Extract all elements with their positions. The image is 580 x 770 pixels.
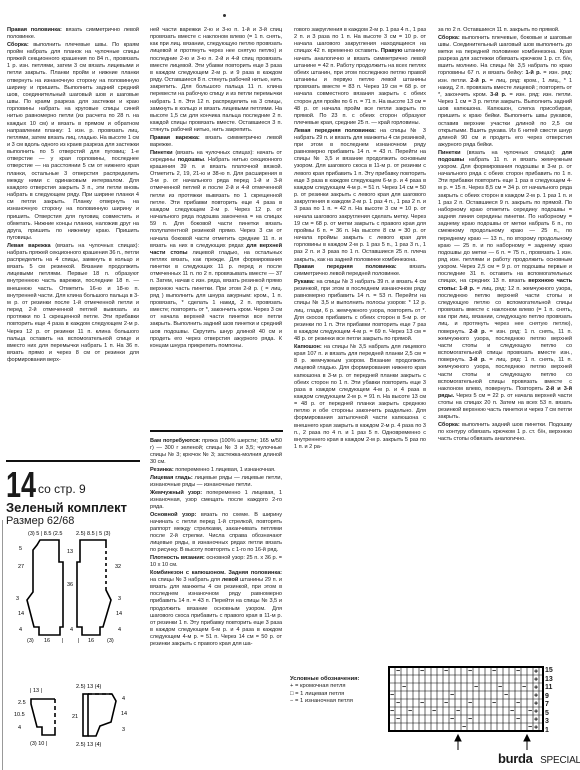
svg-text:36: 36	[67, 582, 73, 588]
svg-text:4: 4	[118, 627, 121, 633]
svg-text:16: 16	[88, 638, 94, 644]
repeat-arrows	[455, 735, 530, 750]
column-4: за по 2 п. Оставшиеся 11 п. закрыть по п…	[438, 27, 572, 444]
paragraph: Правая передняя половинка: вязать симмет…	[294, 264, 426, 278]
paragraph: Правая половинка: вязать симметрично лев…	[7, 27, 139, 41]
svg-text:4: 4	[122, 696, 125, 702]
section-header: 14 со стр. 9	[6, 468, 46, 502]
paragraph: Сборка: выполнить плечевые, боковые и ша…	[438, 35, 572, 150]
svg-text:−: −	[522, 684, 526, 691]
paragraph: Резинка: попеременно 1 лицевая, 1 изнано…	[150, 467, 282, 474]
paragraph: гового закругления в каждом 2-м р. 1 раз…	[294, 27, 426, 127]
svg-text:−: −	[396, 700, 400, 707]
svg-text:2.5) 13 (4): 2.5) 13 (4)	[76, 742, 102, 748]
svg-text:5: 5	[19, 546, 22, 552]
section-number: 14	[6, 468, 36, 502]
edition-label: SPECIAL	[540, 755, 580, 766]
knitting-chart: ++++++++ −−−−−− −−−− −−− −−−−−− −−−−−− −…	[387, 665, 545, 755]
svg-text:−: −	[528, 724, 532, 731]
legend-item: □ = 1 лицевая петля	[290, 691, 359, 698]
svg-text:−: −	[402, 684, 406, 691]
svg-text:(3): (3)	[107, 638, 114, 644]
svg-text:−: −	[408, 708, 412, 715]
svg-text:−: −	[456, 708, 460, 715]
section-title: Зеленый комплект	[6, 500, 127, 515]
column-2-materials: Вам потребуются: пряжа (100% шерсти; 165…	[150, 438, 282, 649]
svg-text:4: 4	[18, 725, 21, 731]
svg-text:−: −	[468, 716, 472, 723]
svg-text:2.5: 2.5	[18, 700, 26, 706]
svg-text:(3): (3)	[27, 638, 34, 644]
legend-item: − = 1 изнаночная петля	[290, 698, 359, 705]
svg-text:| 13 |: | 13 |	[30, 688, 42, 694]
svg-text:−: −	[432, 708, 436, 715]
svg-text:+: +	[534, 725, 538, 732]
pattern-diagram: (3) 5 | 8.5 (2.5 2.5) 8.5 | 5 (3) 5 27 3…	[0, 520, 145, 770]
svg-text:−: −	[516, 716, 520, 723]
paragraph: Левая варежка (вязать на чулочных спицах…	[7, 243, 139, 365]
svg-text:32: 32	[115, 564, 121, 570]
page-footer: burda SPECIAL 31	[498, 750, 580, 768]
svg-text:3: 3	[118, 596, 121, 602]
svg-text:−: −	[444, 668, 448, 675]
svg-text:2.5) 13 (4): 2.5) 13 (4)	[76, 684, 102, 690]
svg-text:−: −	[450, 692, 454, 699]
svg-text:3: 3	[122, 727, 125, 733]
column-1: Правая половинка: вязать симметрично лев…	[7, 27, 139, 365]
svg-text:−: −	[468, 700, 472, 707]
svg-text:+: +	[534, 685, 538, 692]
paragraph: ней части варежки 2-ю и 3-ю п. 1-й и 3-й…	[150, 27, 282, 134]
svg-text:2.5) 8.5 | 5 (3): 2.5) 8.5 | 5 (3)	[76, 531, 111, 537]
column-2: ней части варежки 2-ю и 3-ю п. 1-й и 3-й…	[150, 27, 282, 351]
legend-item: + = кромочная петля	[290, 683, 359, 690]
svg-text:−: −	[474, 684, 478, 691]
brand-logo: burda	[498, 751, 533, 766]
svg-text:3: 3	[16, 596, 19, 602]
paragraph: Пинетки (вязать на чулочных спицах): для…	[438, 150, 572, 422]
paragraph: Левая передняя половинка: на спицы № 3 н…	[294, 128, 426, 264]
paragraph: Сборка: выполнить плечевые швы. По краям…	[7, 42, 139, 242]
svg-text:|: |	[62, 638, 63, 644]
svg-text:(3) 5 | 8.5 (2.5: (3) 5 | 8.5 (2.5	[28, 531, 62, 537]
svg-text:4: 4	[19, 627, 22, 633]
svg-text:−: −	[516, 668, 520, 675]
paragraph: Рукава: на спицы № 3 набрать 39 п. и вяз…	[294, 279, 426, 343]
svg-text:|: |	[78, 638, 79, 644]
svg-text:−: −	[444, 700, 448, 707]
svg-text:−: −	[396, 716, 400, 723]
hood-shape	[83, 694, 116, 736]
svg-text:−: −	[462, 724, 466, 731]
svg-text:14: 14	[18, 611, 24, 617]
svg-text:13: 13	[67, 549, 73, 555]
legend-title: Условные обозначения:	[290, 676, 359, 683]
svg-text:−: −	[468, 668, 472, 675]
svg-text:4: 4	[70, 627, 73, 633]
section-divider	[150, 430, 283, 432]
paragraph: Жемчужный узор: попеременно 1 лицевая, 1…	[150, 490, 282, 511]
section-divider	[6, 460, 140, 462]
paragraph: Плотность вязания: основной узор: 25 п. …	[150, 555, 282, 569]
sleeve-shape	[31, 699, 55, 735]
page-dot	[223, 14, 226, 17]
svg-text:14: 14	[116, 611, 122, 617]
paragraph: Основной узор: вязать по схеме. В ширину…	[150, 512, 282, 555]
svg-text:−: −	[528, 708, 532, 715]
symbol-legend: Условные обозначения: + = кромочная петл…	[290, 676, 359, 705]
svg-text:27: 27	[18, 564, 24, 570]
svg-text:16: 16	[44, 638, 50, 644]
paragraph: Правая варежка: вязать симметрично левой…	[150, 135, 282, 149]
chart-row-labels: 15 13 11 9 7 5 3 1	[545, 667, 553, 735]
svg-text:+: +	[534, 677, 538, 684]
column-3: гового закругления в каждом 2-м р. 1 раз…	[294, 27, 426, 452]
paragraph: Пинетки (вязать на чулочных спицах): нач…	[150, 150, 282, 350]
paragraph: за по 2 п. Оставшиеся 11 п. закрыть по п…	[438, 27, 572, 34]
svg-text:−: −	[510, 708, 514, 715]
svg-text:10.5: 10.5	[14, 712, 25, 718]
svg-text:+: +	[534, 701, 538, 708]
svg-text:−: −	[396, 668, 400, 675]
paragraph: Капюшон: на спицы № 3,5 набрать для лице…	[294, 344, 426, 451]
svg-text:−: −	[516, 700, 520, 707]
svg-text:−: −	[390, 692, 394, 699]
svg-text:−: −	[492, 700, 496, 707]
svg-text:−: −	[492, 668, 496, 675]
svg-text:+: +	[534, 693, 538, 700]
from-page: со стр. 9	[38, 482, 86, 496]
svg-text:+: +	[534, 717, 538, 724]
paragraph: Комбинезон с капюшоном. Задняя половинка…	[150, 570, 282, 649]
paragraph: Лицевая гладь: лицевые ряды — лицевые пе…	[150, 475, 282, 489]
svg-text:+: +	[534, 669, 538, 676]
paragraph: Сборка: выполнить задний шов пинетки. По…	[438, 422, 572, 443]
svg-text:−: −	[450, 716, 454, 723]
svg-text:−: −	[498, 684, 502, 691]
svg-text:−: −	[420, 668, 424, 675]
svg-text:21: 21	[72, 714, 78, 720]
svg-text:+: +	[534, 709, 538, 716]
svg-text:−: −	[504, 692, 508, 699]
svg-text:−: −	[420, 700, 424, 707]
svg-text:(3) 10 |: (3) 10 |	[30, 741, 47, 747]
svg-text:14: 14	[121, 711, 127, 717]
svg-text:−: −	[390, 708, 394, 715]
paragraph: Вам потребуются: пряжа (100% шерсти; 165…	[150, 438, 282, 467]
